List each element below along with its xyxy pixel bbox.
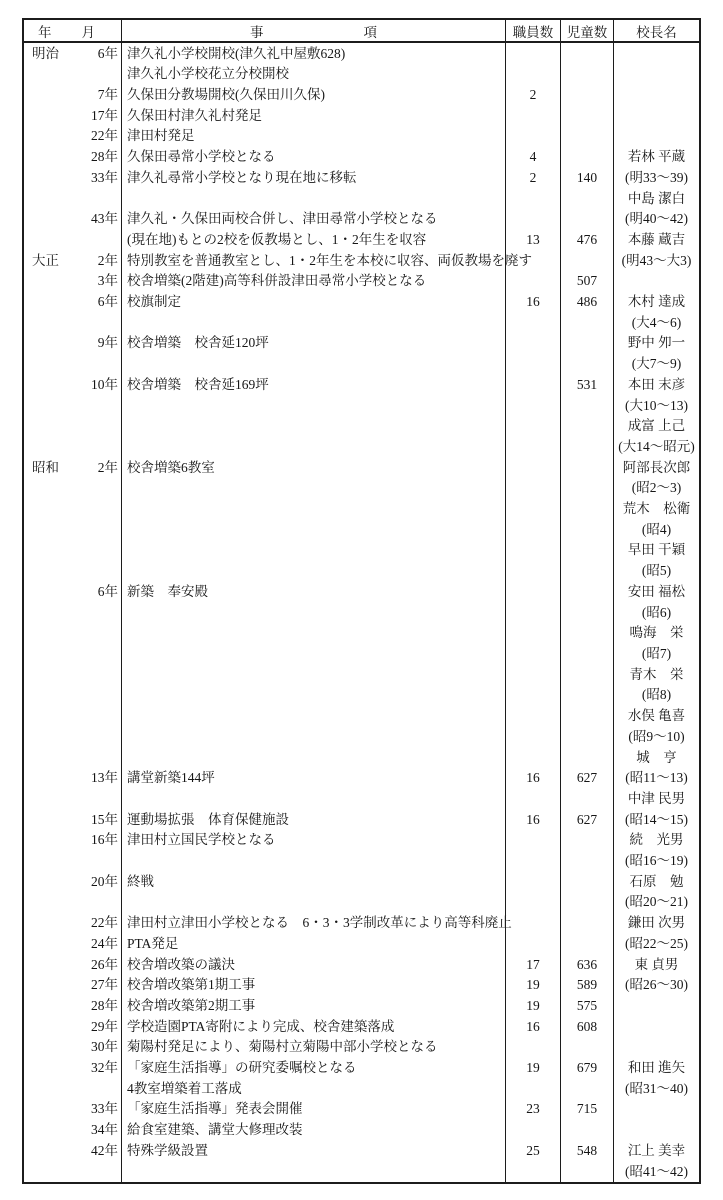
children-count-cell [560,892,613,913]
year-label: 22年 [91,129,121,143]
era-year-cell: 10年 [24,374,121,395]
table-row: (大4～6) [24,312,699,333]
year-label: 10年 [91,378,121,392]
children-count-cell [560,333,613,354]
principal-cell: (明33～39) [613,167,699,188]
staff-count-cell: 16 [505,809,560,830]
era-year-cell: 6年 [24,291,121,312]
children-count-cell [560,209,613,230]
event-cell [121,478,505,499]
event-cell [121,602,505,623]
principal-cell: 中津 民男 [613,788,699,809]
children-count-cell: 531 [560,374,613,395]
principal-cell: 若林 平蔵 [613,147,699,168]
staff-count-cell [505,664,560,685]
table-row: 32年 「家庭生活指導」の研究委嘱校となる 19 679 和田 進矢 [24,1057,699,1078]
children-count-cell [560,643,613,664]
year-label: 15年 [91,813,121,827]
principal-cell: (昭8) [613,685,699,706]
staff-count-cell [505,416,560,437]
table-row: 30年 菊陽村発足により、菊陽村立菊陽中部小学校となる [24,1037,699,1058]
event-cell: 講堂新築144坪 [121,768,505,789]
event-cell: 校舎増築(2階建)高等科併設津田尋常小学校となる [121,271,505,292]
children-count-cell [560,602,613,623]
year-label: 7年 [98,88,121,102]
principal-cell: 成富 上己 [613,416,699,437]
table-row: 28年 久保田尋常小学校となる 4 若林 平蔵 [24,147,699,168]
staff-count-cell [505,1037,560,1058]
event-cell [121,850,505,871]
principal-cell: 鳴海 栄 [613,623,699,644]
staff-count-cell: 16 [505,291,560,312]
table-row: (昭16～19) [24,850,699,871]
event-cell [121,561,505,582]
staff-count-cell [505,913,560,934]
year-label: 6年 [98,295,121,309]
table-row: 明治 6年 津久礼小学校開校(津久礼中屋敷628) [24,43,699,64]
table-row: 9年 校舎増築 校舎延120坪 野中 夘一 [24,333,699,354]
event-cell: PTA発足 [121,933,505,954]
staff-count-cell [505,188,560,209]
principal-cell: (昭7) [613,643,699,664]
children-count-cell: 715 [560,1099,613,1120]
year-label: 28年 [91,150,121,164]
year-label: 22年 [91,916,121,930]
era-year-cell: 24年 [24,933,121,954]
year-label: 3年 [98,274,121,288]
header-event-label-right: 項 [364,21,378,41]
children-count-cell: 486 [560,291,613,312]
event-cell: 校舎増築6教室 [121,457,505,478]
era-year-cell [24,747,121,768]
event-cell: 津久礼小学校開校(津久礼中屋敷628) [121,43,505,64]
era-year-cell [24,561,121,582]
principal-cell [613,1016,699,1037]
staff-count-cell: 16 [505,1016,560,1037]
era-year-cell: 28年 [24,995,121,1016]
staff-count-cell [505,457,560,478]
table-row: 29年 学校造園PTA寄附により完成、校舎建築落成 16 608 [24,1016,699,1037]
table-row: (昭9～10) [24,726,699,747]
table-row: 20年 終戦 石原 勉 [24,871,699,892]
year-label: 33年 [91,171,121,185]
staff-count-cell [505,395,560,416]
event-cell: 新築 奉安殿 [121,581,505,602]
staff-count-cell [505,871,560,892]
event-cell: 津田村立国民学校となる [121,830,505,851]
year-label: 9年 [98,336,121,350]
era-year-cell: 28年 [24,147,121,168]
staff-count-cell: 16 [505,768,560,789]
children-count-cell [560,1161,613,1182]
table-row: 28年 校舎増改築第2期工事 19 575 [24,995,699,1016]
era-year-cell [24,540,121,561]
era-year-cell: 27年 [24,975,121,996]
year-label: 28年 [91,999,121,1013]
event-cell: 津久礼・久保田両校合併し、津田尋常小学校となる [121,209,505,230]
event-cell [121,188,505,209]
table-row: (昭6) [24,602,699,623]
table-row: 6年 校旗制定 16 486 木村 達成 [24,291,699,312]
event-cell: 校舎増築 校舎延169坪 [121,374,505,395]
era-year-cell [24,1078,121,1099]
event-cell [121,416,505,437]
children-count-cell: 589 [560,975,613,996]
children-count-cell [560,147,613,168]
principal-cell: (昭11～13) [613,768,699,789]
event-cell [121,540,505,561]
staff-count-cell: 19 [505,975,560,996]
principal-cell: (昭16～19) [613,850,699,871]
era-year-cell [24,416,121,437]
event-cell: 久保田村津久礼村発足 [121,105,505,126]
table-row: (昭7) [24,643,699,664]
staff-count-cell [505,519,560,540]
principal-cell [613,64,699,85]
children-count-cell [560,561,613,582]
children-count-cell [560,540,613,561]
table-row: (昭5) [24,561,699,582]
staff-count-cell [505,1161,560,1182]
children-count-cell: 548 [560,1140,613,1161]
era-year-cell [24,602,121,623]
staff-count-cell [505,333,560,354]
principal-cell: (大14～昭元) [613,436,699,457]
event-cell [121,623,505,644]
year-label: 26年 [91,958,121,972]
event-cell [121,643,505,664]
era-label: 明治 [24,47,59,61]
staff-count-cell [505,540,560,561]
era-year-cell: 26年 [24,954,121,975]
event-cell: 校旗制定 [121,291,505,312]
principal-cell: (昭5) [613,561,699,582]
children-count-cell [560,478,613,499]
staff-count-cell [505,892,560,913]
table-row: 3年 校舎増築(2階建)高等科併設津田尋常小学校となる 507 [24,271,699,292]
principal-cell: (昭9～10) [613,726,699,747]
event-cell: 校舎増築 校舎延120坪 [121,333,505,354]
era-year-cell [24,519,121,540]
table-row: 青木 栄 [24,664,699,685]
era-year-cell [24,623,121,644]
table-row: (大7～9) [24,354,699,375]
table-row: (昭20～21) [24,892,699,913]
children-count-cell [560,850,613,871]
principal-cell: (昭6) [613,602,699,623]
children-count-cell [560,747,613,768]
header-event-cell: 事 項 [121,20,505,41]
staff-count-cell [505,105,560,126]
children-count-cell [560,830,613,851]
staff-count-cell [505,250,560,271]
staff-count-cell: 19 [505,995,560,1016]
year-label: 2年 [98,461,121,475]
children-count-cell [560,84,613,105]
era-year-cell [24,892,121,913]
era-year-cell: 42年 [24,1140,121,1161]
children-count-cell [560,126,613,147]
header-staff-count-cell: 職員数 [505,20,560,41]
event-cell [121,498,505,519]
era-year-cell: 6年 [24,581,121,602]
table-row: 26年 校舎増改築の議決 17 636 東 貞男 [24,954,699,975]
principal-cell [613,1099,699,1120]
staff-count-cell [505,1120,560,1141]
principal-cell: 阿部長次郎 [613,457,699,478]
event-cell [121,395,505,416]
event-cell [121,747,505,768]
children-count-cell [560,933,613,954]
era-year-cell [24,726,121,747]
era-year-cell [24,664,121,685]
era-year-cell [24,229,121,250]
principal-cell: 東 貞男 [613,954,699,975]
table-row: 34年 給食室建築、講堂大修理改装 [24,1120,699,1141]
principal-cell: (昭14～15) [613,809,699,830]
table-row: 17年 久保田村津久礼村発足 [24,105,699,126]
event-cell [121,726,505,747]
era-year-cell: 32年 [24,1057,121,1078]
table-row: 津久礼小学校花立分校開校 [24,64,699,85]
event-cell: (現在地)もとの2校を仮教場とし、1・2年生を収容 [121,229,505,250]
children-count-cell [560,250,613,271]
event-cell [121,685,505,706]
era-year-cell: 22年 [24,913,121,934]
table-body: 明治 6年 津久礼小学校開校(津久礼中屋敷628) 津久礼小学校花立分校開校 7… [24,43,699,1182]
table-row: (大10～13) [24,395,699,416]
staff-count-cell [505,312,560,333]
table-row: 43年 津久礼・久保田両校合併し、津田尋常小学校となる (明40～42) [24,209,699,230]
principal-cell [613,271,699,292]
children-count-cell [560,871,613,892]
event-cell: 久保田尋常小学校となる [121,147,505,168]
staff-count-cell [505,685,560,706]
principal-cell: 安田 福松 [613,581,699,602]
table-row: 33年 「家庭生活指導」発表会開催 23 715 [24,1099,699,1120]
year-label: 2年 [98,254,121,268]
table-row: 大正 2年 特別教室を普通教室とし、1・2年生を本校に収容、両仮教場を廃す (明… [24,250,699,271]
table-row: 昭和 2年 校舎増築6教室 阿部長次郎 [24,457,699,478]
event-cell [121,312,505,333]
table-row: 中島 潔白 [24,188,699,209]
children-count-cell: 476 [560,229,613,250]
event-cell: 4教室増築着工落成 [121,1078,505,1099]
children-count-cell [560,395,613,416]
year-label: 6年 [98,47,121,61]
era-year-cell [24,312,121,333]
era-year-cell [24,395,121,416]
staff-count-cell [505,1078,560,1099]
children-count-cell: 140 [560,167,613,188]
children-count-cell: 636 [560,954,613,975]
header-children-count-label: 児童数 [567,21,608,41]
staff-count-cell [505,788,560,809]
children-count-cell [560,312,613,333]
principal-cell: (明40～42) [613,209,699,230]
year-label: 32年 [91,1061,121,1075]
children-count-cell [560,1078,613,1099]
staff-count-cell: 25 [505,1140,560,1161]
event-cell: 津田村立津田小学校となる 6・3・3学制改革により高等科廃止 [121,913,505,934]
children-count-cell: 627 [560,809,613,830]
year-label: 29年 [91,1020,121,1034]
event-cell: 校舎増改築の議決 [121,954,505,975]
staff-count-cell [505,64,560,85]
principal-cell [613,126,699,147]
table-row: (昭4) [24,519,699,540]
table-row: 水俣 亀喜 [24,706,699,727]
staff-count-cell [505,747,560,768]
event-cell: 給食室建築、講堂大修理改装 [121,1120,505,1141]
staff-count-cell: 23 [505,1099,560,1120]
children-count-cell [560,436,613,457]
header-era-month-cell: 年 月 [24,20,121,41]
table-row: (昭41～42) [24,1161,699,1182]
principal-cell: 石原 勉 [613,871,699,892]
event-cell: 津久礼尋常小学校となり現在地に移転 [121,167,505,188]
event-cell [121,519,505,540]
table-row: 早田 干穎 [24,540,699,561]
principal-cell [613,1037,699,1058]
children-count-cell [560,581,613,602]
children-count-cell [560,64,613,85]
year-label: 20年 [91,875,121,889]
table-row: 鳴海 栄 [24,623,699,644]
header-era-label: 年 [24,21,52,41]
year-label: 33年 [91,1102,121,1116]
children-count-cell [560,1037,613,1058]
staff-count-cell [505,354,560,375]
staff-count-cell [505,643,560,664]
table-header-row: 年 月 事 項 職員数 児童数 校長名 [24,20,699,43]
staff-count-cell [505,43,560,64]
staff-count-cell: 2 [505,167,560,188]
staff-count-cell: 2 [505,84,560,105]
event-cell: 運動場拡張 体育保健施設 [121,809,505,830]
children-count-cell: 575 [560,995,613,1016]
era-year-cell: 3年 [24,271,121,292]
era-year-cell [24,436,121,457]
principal-cell [613,43,699,64]
table-row: 7年 久保田分教場開校(久保田川久保) 2 [24,84,699,105]
principal-cell: 中島 潔白 [613,188,699,209]
principal-cell: 木村 達成 [613,291,699,312]
children-count-cell [560,457,613,478]
principal-cell: 本藤 蔵吉 [613,229,699,250]
year-label: 13年 [91,771,121,785]
staff-count-cell [505,374,560,395]
staff-count-cell [505,271,560,292]
event-cell [121,892,505,913]
children-count-cell [560,913,613,934]
event-cell [121,664,505,685]
header-principal-name-label: 校長名 [636,21,677,41]
event-cell [121,354,505,375]
principal-cell: 和田 進矢 [613,1057,699,1078]
table-row: 27年 校舎増改築第1期工事 19 589 (昭26～30) [24,975,699,996]
year-label: 30年 [91,1040,121,1054]
event-cell: 「家庭生活指導」の研究委嘱校となる [121,1057,505,1078]
event-cell: 特殊学級設置 [121,1140,505,1161]
year-label: 16年 [91,833,121,847]
era-year-cell: 大正 2年 [24,250,121,271]
staff-count-cell: 17 [505,954,560,975]
staff-count-cell: 4 [505,147,560,168]
table-row: 22年 津田村立津田小学校となる 6・3・3学制改革により高等科廃止 鎌田 次男 [24,913,699,934]
table-row: 22年 津田村発足 [24,126,699,147]
table-row: 成富 上己 [24,416,699,437]
staff-count-cell [505,726,560,747]
staff-count-cell: 19 [505,1057,560,1078]
staff-count-cell [505,623,560,644]
year-label: 42年 [91,1144,121,1158]
header-principal-name-cell: 校長名 [613,20,699,41]
event-cell: 学校造園PTA寄附により完成、校舎建築落成 [121,1016,505,1037]
principal-cell: (大7～9) [613,354,699,375]
era-year-cell [24,788,121,809]
header-staff-count-label: 職員数 [513,21,554,41]
table-row: 16年 津田村立国民学校となる 続 光男 [24,830,699,851]
children-count-cell [560,706,613,727]
principal-cell: (明43～大3) [613,250,699,271]
children-count-cell [560,105,613,126]
principal-cell [613,1120,699,1141]
era-year-cell [24,1161,121,1182]
event-cell: 校舎増改築第2期工事 [121,995,505,1016]
children-count-cell: 608 [560,1016,613,1037]
era-year-cell: 33年 [24,167,121,188]
table-row: 33年 津久礼尋常小学校となり現在地に移転 2 140 (明33～39) [24,167,699,188]
table-row: (昭8) [24,685,699,706]
table-row: (大14～昭元) [24,436,699,457]
principal-cell [613,84,699,105]
principal-cell: 水俣 亀喜 [613,706,699,727]
year-label: 6年 [98,585,121,599]
principal-cell [613,995,699,1016]
era-year-cell: 昭和 2年 [24,457,121,478]
principal-cell: 江上 美幸 [613,1140,699,1161]
event-cell [121,706,505,727]
principal-cell: 続 光男 [613,830,699,851]
event-cell [121,1161,505,1182]
era-year-cell [24,706,121,727]
era-year-cell: 43年 [24,209,121,230]
children-count-cell [560,664,613,685]
header-children-count-cell: 児童数 [560,20,613,41]
era-label: 大正 [24,254,59,268]
year-label: 34年 [91,1123,121,1137]
table-row: 10年 校舎増築 校舎延169坪 531 本田 末彦 [24,374,699,395]
table-row: 6年 新築 奉安殿 安田 福松 [24,581,699,602]
era-year-cell: 15年 [24,809,121,830]
table-row: 中津 民男 [24,788,699,809]
table-row: 42年 特殊学級設置 25 548 江上 美幸 [24,1140,699,1161]
table-row: 4教室増築着工落成 (昭31～40) [24,1078,699,1099]
staff-count-cell [505,850,560,871]
principal-cell: 城 亨 [613,747,699,768]
era-year-cell: 16年 [24,830,121,851]
table-row: 城 亨 [24,747,699,768]
era-year-cell: 34年 [24,1120,121,1141]
children-count-cell [560,519,613,540]
era-year-cell [24,64,121,85]
header-month-label: 月 [82,21,122,41]
event-cell [121,436,505,457]
era-label: 昭和 [24,461,59,475]
children-count-cell [560,188,613,209]
principal-cell: (昭4) [613,519,699,540]
